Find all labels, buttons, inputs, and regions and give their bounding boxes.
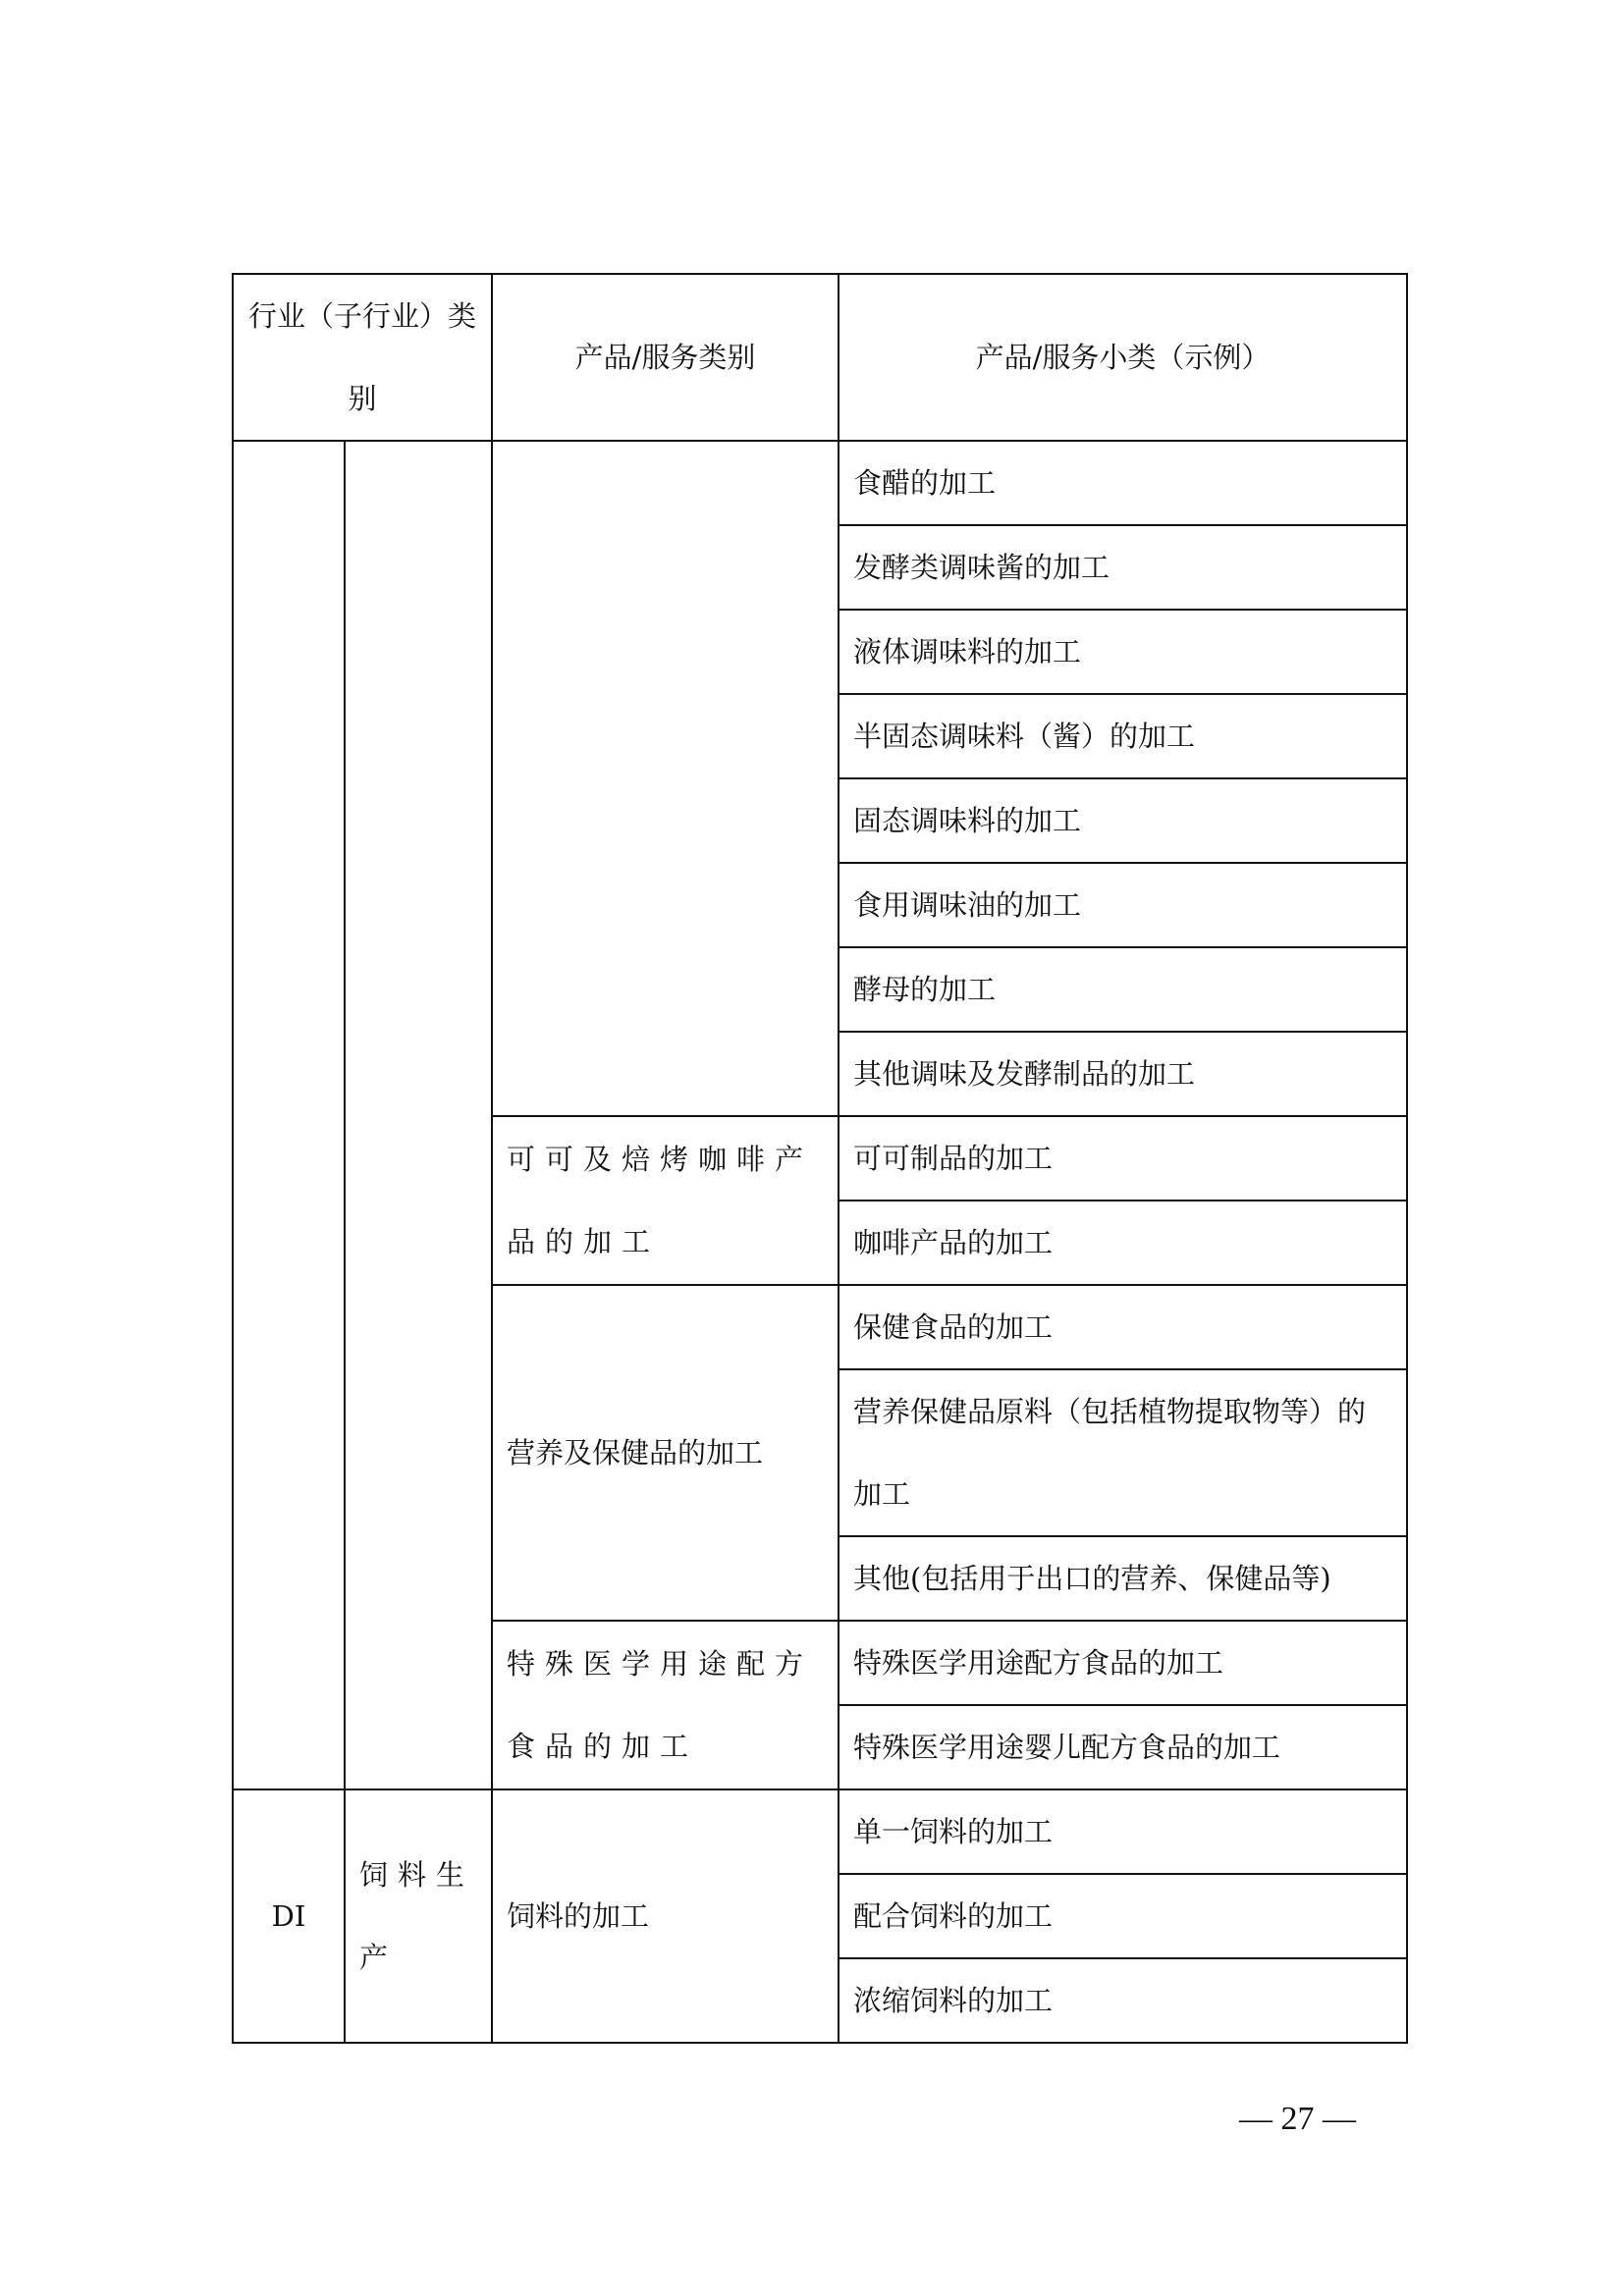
category-cell (492, 441, 839, 1116)
industry-name-cell: 饲料生产 (345, 1789, 492, 2043)
subcategory-cell: 特殊医学用途配方食品的加工 (839, 1621, 1407, 1705)
category-cell: 特殊医学用途配方食品的加工 (492, 1621, 839, 1789)
subcategory-cell: 固态调味料的加工 (839, 778, 1407, 863)
page-number: — 27 — (1239, 2101, 1356, 2138)
subcategory-cell: 浓缩饲料的加工 (839, 1958, 1407, 2043)
header-category: 产品/服务类别 (492, 274, 839, 441)
subcategory-cell: 营养保健品原料（包括植物提取物等）的加工 (839, 1369, 1407, 1536)
subcategory-cell: 咖啡产品的加工 (839, 1201, 1407, 1285)
industry-code-cell: DI (233, 1789, 345, 2043)
subcategory-cell: 其他(包括用于出口的营养、保健品等) (839, 1536, 1407, 1621)
category-cell: 营养及保健品的加工 (492, 1285, 839, 1621)
subcategory-cell: 酵母的加工 (839, 947, 1407, 1032)
category-cell: 可可及焙烤咖啡产品的加工 (492, 1116, 839, 1285)
subcategory-cell: 食用调味油的加工 (839, 863, 1407, 947)
subcategory-cell: 半固态调味料（酱）的加工 (839, 694, 1407, 778)
subcategory-cell: 保健食品的加工 (839, 1285, 1407, 1369)
subcategory-cell: 液体调味料的加工 (839, 610, 1407, 694)
subcategory-cell: 其他调味及发酵制品的加工 (839, 1032, 1407, 1116)
header-industry: 行业（子行业）类别 (233, 274, 492, 441)
classification-table: 行业（子行业）类别 产品/服务类别 产品/服务小类（示例） 食醋的加工 发酵类调… (232, 273, 1408, 2044)
subcategory-cell: 可可制品的加工 (839, 1116, 1407, 1201)
header-subcategory: 产品/服务小类（示例） (839, 274, 1407, 441)
subcategory-cell: 特殊医学用途婴儿配方食品的加工 (839, 1705, 1407, 1789)
subcategory-cell: 配合饲料的加工 (839, 1874, 1407, 1958)
category-cell: 饲料的加工 (492, 1789, 839, 2043)
industry-name-cell (345, 441, 492, 1789)
subcategory-cell: 单一饲料的加工 (839, 1789, 1407, 1874)
subcategory-cell: 发酵类调味酱的加工 (839, 525, 1407, 610)
subcategory-cell: 食醋的加工 (839, 441, 1407, 525)
industry-code-cell (233, 441, 345, 1789)
